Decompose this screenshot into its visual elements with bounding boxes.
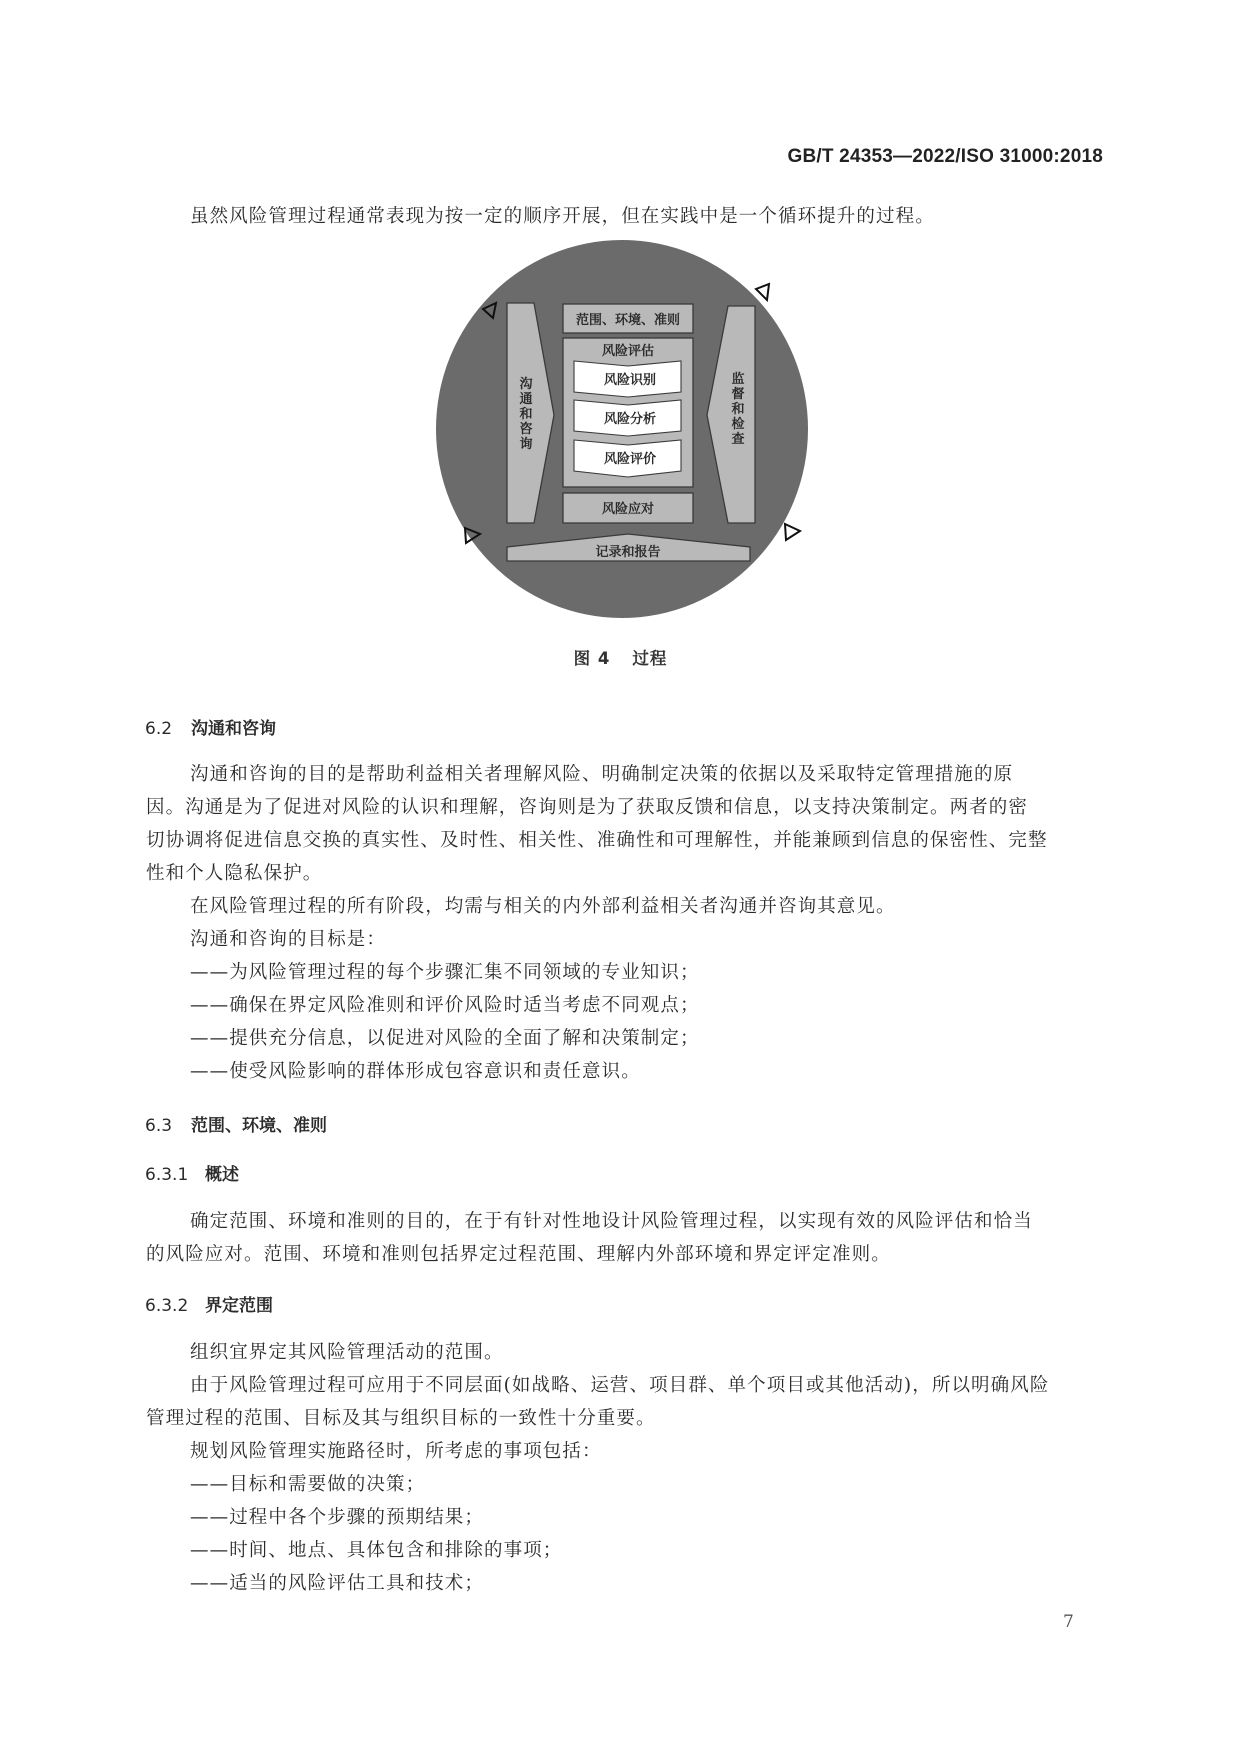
- risk-evaluation-label: 风险评价: [604, 451, 656, 467]
- communication-label-char: 沟: [519, 376, 532, 392]
- page-number: 7: [1063, 1612, 1074, 1632]
- paragraph-line: 确定范围、环境和准则的目的，在于有针对性地设计风险管理过程，以实现有效的风险评估…: [190, 1205, 1033, 1238]
- communication-label-char: 和: [519, 406, 532, 422]
- section-heading-6-3-2: 6.3.2界定范围: [145, 1291, 273, 1316]
- paragraph-line: 性和个人隐私保护。: [146, 857, 322, 890]
- section-number: 6.3.1: [145, 1165, 205, 1185]
- section-title: 沟通和咨询: [191, 719, 276, 739]
- section-number: 6.3.2: [145, 1296, 205, 1316]
- list-item: ——目标和需要做的决策；: [190, 1468, 425, 1501]
- list-item: ——确保在界定风险准则和评价风险时适当考虑不同观点；: [190, 989, 700, 1022]
- section-title: 概述: [205, 1165, 239, 1185]
- monitoring-label-char: 检: [731, 416, 745, 432]
- list-intro: 规划风险管理实施路径时，所考虑的事项包括：: [190, 1435, 602, 1468]
- scope-context-criteria-label: 范围、环境、准则: [576, 312, 680, 328]
- process-diagram: 范围、环境、准则 风险评估 风险识别 风险分析 风险评价 风险应对 记录和报告 …: [0, 0, 1241, 700]
- figure-title: 过程: [632, 649, 667, 668]
- risk-assessment-label: 风险评估: [602, 343, 654, 359]
- monitoring-label-char: 监: [731, 371, 744, 387]
- list-item: ——时间、地点、具体包含和排除的事项；: [190, 1534, 562, 1567]
- section-heading-6-2: 6.2沟通和咨询: [145, 714, 276, 739]
- list-item: ——为风险管理过程的每个步骤汇集不同领域的专业知识；: [190, 956, 700, 989]
- figure-number: 图 4: [574, 649, 611, 668]
- section-title: 范围、环境、准则: [191, 1116, 327, 1136]
- paragraph: 在风险管理过程的所有阶段，均需与相关的内外部利益相关者沟通并咨询其意见。: [190, 890, 896, 923]
- section-heading-6-3: 6.3范围、环境、准则: [145, 1111, 327, 1136]
- cycle-arrow-icon: [785, 524, 800, 540]
- section-number: 6.3: [145, 1116, 191, 1136]
- monitoring-label-char: 查: [731, 431, 744, 447]
- monitoring-label-char: 和: [731, 401, 744, 417]
- cycle-arrow-icon: [756, 284, 769, 300]
- paragraph-line: 的风险应对。范围、环境和准则包括界定过程范围、理解内外部环境和界定评定准则。: [146, 1238, 891, 1271]
- risk-identification-label: 风险识别: [604, 372, 656, 388]
- paragraph-line: 由于风险管理过程可应用于不同层面(如战略、运营、项目群、单个项目或其他活动)，所…: [190, 1369, 1049, 1402]
- list-intro: 沟通和咨询的目标是：: [190, 923, 386, 956]
- paragraph-line: 管理过程的范围、目标及其与组织目标的一致性十分重要。: [146, 1402, 656, 1435]
- risk-analysis-label: 风险分析: [604, 411, 656, 427]
- communication-label-char: 询: [519, 436, 532, 452]
- paragraph-line: 沟通和咨询的目的是帮助利益相关者理解风险、明确制定决策的依据以及采取特定管理措施…: [190, 758, 1013, 791]
- monitoring-label-char: 督: [731, 386, 744, 402]
- risk-treatment-label: 风险应对: [602, 501, 654, 517]
- communication-label-char: 咨: [519, 421, 532, 437]
- list-item: ——提供充分信息，以促进对风险的全面了解和决策制定；: [190, 1022, 700, 1055]
- recording-reporting-label: 记录和报告: [595, 544, 660, 560]
- list-item: ——过程中各个步骤的预期结果；: [190, 1501, 484, 1534]
- paragraph-line: 因。沟通是为了促进对风险的认识和理解，咨询则是为了获取反馈和信息，以支持决策制定…: [146, 791, 1028, 824]
- section-heading-6-3-1: 6.3.1概述: [145, 1160, 239, 1185]
- paragraph-line: 切协调将促进信息交换的真实性、及时性、相关性、准确性和可理解性，并能兼顾到信息的…: [146, 824, 1048, 857]
- section-number: 6.2: [145, 719, 191, 739]
- figure-caption: 图 4过程: [0, 645, 1241, 669]
- paragraph: 组织宜界定其风险管理活动的范围。: [190, 1336, 504, 1369]
- section-title: 界定范围: [205, 1296, 273, 1316]
- list-item: ——适当的风险评估工具和技术；: [190, 1567, 484, 1600]
- communication-label-char: 通: [519, 391, 532, 407]
- list-item: ——使受风险影响的群体形成包容意识和责任意识。: [190, 1055, 641, 1088]
